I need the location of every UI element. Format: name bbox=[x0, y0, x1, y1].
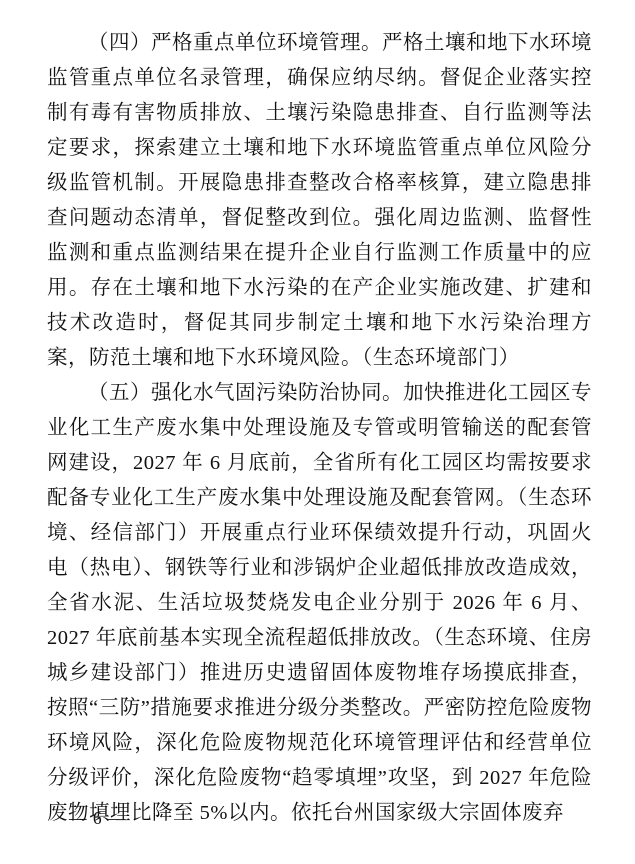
paragraph-section-5: （五）强化水气固污染防治协同。加快推进化工园区专业化工生产废水集中处理设施及专管… bbox=[47, 376, 592, 831]
page-number: — 6 — bbox=[69, 808, 127, 828]
document-page: （四）严格重点单位环境管理。严格土壤和地下水环境监管重点单位名录管理，确保应纳尽… bbox=[0, 0, 635, 864]
paragraph-section-4: （四）严格重点单位环境管理。严格土壤和地下水环境监管重点单位名录管理，确保应纳尽… bbox=[47, 26, 592, 376]
paragraph-section-5-heading: （五）强化水气固污染防治协同。 bbox=[88, 382, 403, 404]
paragraph-section-4-heading: （四）严格重点单位环境管理。 bbox=[88, 32, 382, 54]
paragraph-section-4-text: 严格土壤和地下水环境监管重点单位名录管理，确保应纳尽纳。督促企业落实控制有毒有害… bbox=[47, 32, 592, 369]
document-body: （四）严格重点单位环境管理。严格土壤和地下水环境监管重点单位名录管理，确保应纳尽… bbox=[47, 26, 592, 831]
paragraph-section-5-text: 加快推进化工园区专业化工生产废水集中处理设施及专管或明管输送的配套管网建设，20… bbox=[47, 382, 592, 824]
page-footer: — 6 — bbox=[69, 806, 127, 830]
